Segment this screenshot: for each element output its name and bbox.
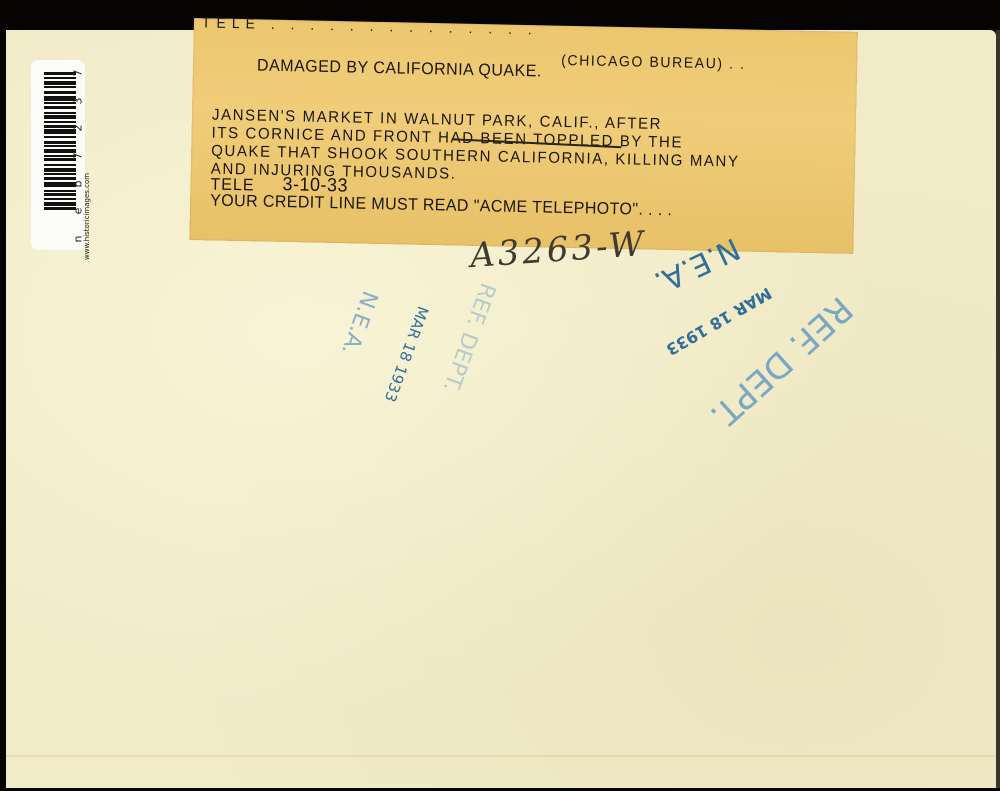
caption-headline: DAMAGED BY CALIFORNIA QUAKE. [257,57,542,82]
caption-label: TELE . . . . . . . . . . . . . . (CHICAG… [189,18,858,254]
barcode-char: n [73,235,83,242]
barcode-char: 7 [73,70,83,77]
barcode-char: b [73,180,83,187]
barcode-label: 7 3 2 7 b e n www.historicimages.com [31,60,85,250]
barcode-characters: 7 3 2 7 b e n [73,68,83,244]
barcode-char: e [73,208,83,215]
barcode-char: 7 [73,152,83,159]
barcode-url: www.historicimages.com [83,173,91,260]
caption-credit-line: YOUR CREDIT LINE MUST READ "ACME TELEPHO… [210,192,673,221]
barcode-char: 2 [73,125,83,132]
paper-crease [6,755,996,757]
paper-edge-shadow [996,30,1000,788]
barcode-char: 3 [73,97,83,104]
caption-bureau: (CHICAGO BUREAU) . . [561,51,746,72]
caption-tele-header: TELE . . . . . . . . . . . . . . [202,14,538,38]
